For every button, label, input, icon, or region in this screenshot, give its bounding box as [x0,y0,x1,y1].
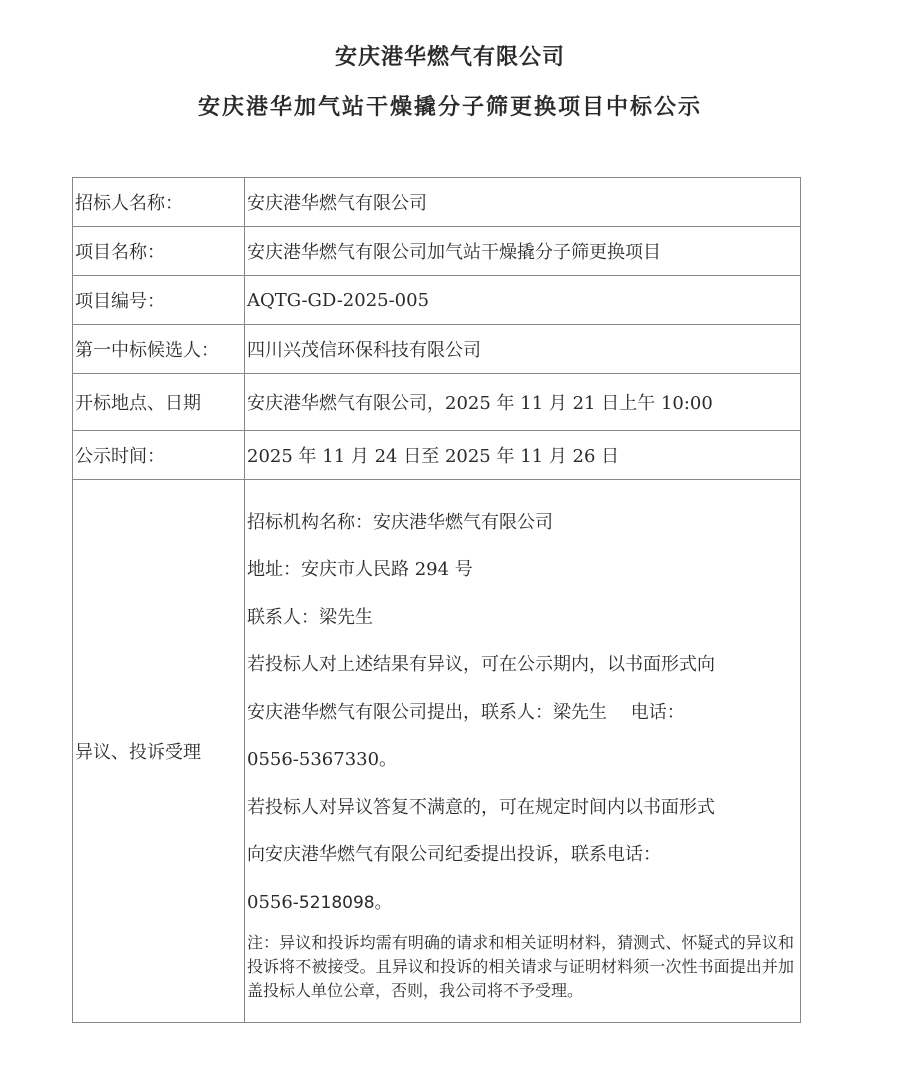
table-row: 第一中标候选人： 四川兴茂信环保科技有限公司 [73,325,801,374]
tenderer-label: 招标人名称： [73,178,245,227]
project-number-label: 项目编号： [73,276,245,325]
tenderer-value: 安庆港华燃气有限公司 [245,178,801,227]
objection-text-1: 若投标人对上述结果有异议，可在公示期内，以书面形式向 [247,641,798,689]
bid-info-table: 招标人名称： 安庆港华燃气有限公司 项目名称： 安庆港华燃气有限公司加气站干燥撬… [72,177,801,1023]
objection-phone: 0556-5367330。 [247,736,798,784]
complaint-text-2: 向安庆港华燃气有限公司纪委提出投诉，联系电话： [247,831,798,879]
opening-place-date-value: 安庆港华燃气有限公司，2025 年 11 月 21 日上午 10:00 [245,374,801,431]
objection-text-2: 安庆港华燃气有限公司提出，联系人：梁先生 电话： [247,689,798,737]
company-title: 安庆港华燃气有限公司 [0,40,900,71]
complaint-text-1: 若投标人对异议答复不满意的，可在规定时间内以书面形式 [247,784,798,832]
first-candidate-label: 第一中标候选人： [73,325,245,374]
first-candidate-value: 四川兴茂信环保科技有限公司 [245,325,801,374]
opening-place-date-label: 开标地点、日期 [73,374,245,431]
complaint-note: 注：异议和投诉均需有明确的请求和相关证明材料，猜测式、怀疑式的异议和投诉将不被接… [247,931,798,1003]
complaint-details: 招标机构名称：安庆港华燃气有限公司 地址：安庆市人民路 294 号 联系人：梁先… [245,480,801,1023]
publicity-period-value: 2025 年 11 月 24 日至 2025 年 11 月 26 日 [245,431,801,480]
project-number-value: AQTG-GD-2025-005 [245,276,801,325]
agency-address: 地址：安庆市人民路 294 号 [247,546,798,594]
project-name-label: 项目名称： [73,227,245,276]
notice-title: 安庆港华加气站干燥撬分子筛更换项目中标公示 [0,90,900,121]
agency-contact: 联系人：梁先生 [247,594,798,642]
agency-name: 招标机构名称：安庆港华燃气有限公司 [247,499,798,547]
complaint-phone-number: 5218098。 [299,893,392,913]
complaint-label: 异议、投诉受理 [73,480,245,1023]
table-row: 项目编号： AQTG-GD-2025-005 [73,276,801,325]
project-name-value: 安庆港华燃气有限公司加气站干燥撬分子筛更换项目 [245,227,801,276]
table-row: 异议、投诉受理 招标机构名称：安庆港华燃气有限公司 地址：安庆市人民路 294 … [73,480,801,1023]
table-row: 开标地点、日期 安庆港华燃气有限公司，2025 年 11 月 21 日上午 10… [73,374,801,431]
table-row: 招标人名称： 安庆港华燃气有限公司 [73,178,801,227]
complaint-phone: 0556-5218098。 [247,879,798,928]
table-row: 公示时间： 2025 年 11 月 24 日至 2025 年 11 月 26 日 [73,431,801,480]
publicity-period-label: 公示时间： [73,431,245,480]
complaint-phone-prefix: 0556- [247,892,299,913]
table-row: 项目名称： 安庆港华燃气有限公司加气站干燥撬分子筛更换项目 [73,227,801,276]
